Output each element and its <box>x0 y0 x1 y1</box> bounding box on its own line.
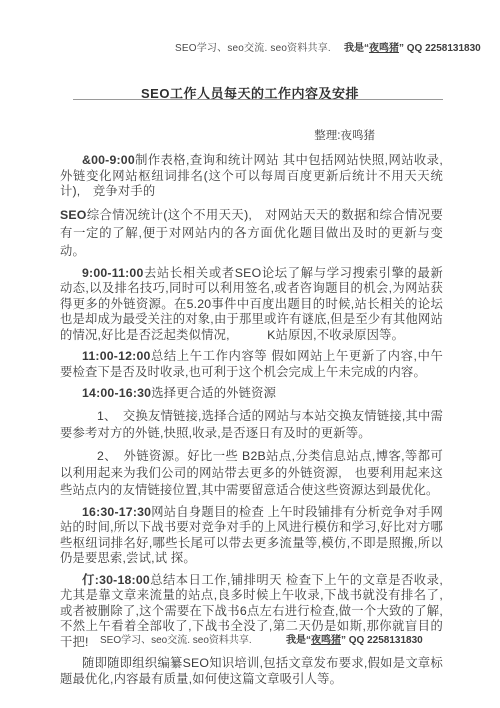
paragraph: 随即随即组织编纂SEO知识培训,包括文章发布要求,假如是文章标题最优化,内容最有… <box>60 656 443 687</box>
paragraph-text: 1、 交换友情链接,选择合适的网站与本站交换友情链接,其中需要参考对方的外链,快… <box>60 409 443 440</box>
author-prefix: 我是“ <box>344 43 369 54</box>
time-label: 14:00-16:30 <box>82 386 151 400</box>
document-page: SEO学习、seo交流. seo资料共享. 我是“夜鸣猪” QQ 2258131… <box>0 0 500 708</box>
paragraph: 9:00-11:00去站长相关或者SEO论坛了解与学习搜索引擎的最新动态,以及排… <box>60 266 443 344</box>
time-label: 11:00-12:00 <box>82 349 151 363</box>
paragraph-text: 选择更合适的外链资源 <box>151 386 276 400</box>
paragraph-text: 随即随即组织编纂SEO知识培训,包括文章发布要求,假如是文章标题最优化,内容最有… <box>60 656 443 686</box>
header-share-text: SEO学习、seo交流. seo资料共享. <box>175 39 331 54</box>
time-label: 9:00-11:00 <box>82 266 143 280</box>
paragraph-text: 综合情况统计(这个不用天天), 对网站天天的数据和综合情况要有一定的了解,便于对… <box>60 208 443 258</box>
author-qq: ” QQ 2258131830 <box>341 635 423 646</box>
paragraph: 16:30-17:30网站自身题目的检查 上午时段铺排有分析竞争对手网站的时间,… <box>60 505 443 567</box>
paragraph: 14:00-16:30选择更合适的外链资源 <box>60 386 443 402</box>
author-name: 夜鸣猪 <box>369 43 399 54</box>
time-label: 仃:30-18:00 <box>82 573 150 587</box>
footer-author-text: 我是“夜鸣猪” QQ 2258131830 <box>286 631 423 646</box>
time-label: 16:30-17:30 <box>82 505 151 519</box>
paragraph: &00-9:00制作表格,查询和统计网站 其中包括网站快照,网站收录,外链变化网… <box>60 153 443 200</box>
time-label: &00-9:00 <box>82 153 135 167</box>
document-body: &00-9:00制作表格,查询和统计网站 其中包括网站快照,网站收录,外链变化网… <box>60 153 443 693</box>
author-prefix: 我是“ <box>286 635 311 646</box>
paragraph: 11:00-12:00总结上午工作内容等 假如网站上午更新了内容,中午要检查下是… <box>60 349 443 380</box>
header-author-text: 我是“夜鸣猪” QQ 2258131830 <box>344 39 481 54</box>
time-label: SEO <box>60 208 87 222</box>
paragraph: SEO综合情况统计(这个不用天天), 对网站天天的数据和综合情况要有一定的了解,… <box>60 206 443 260</box>
list-item: 2、 外链资源。好比一些 B2B站点,分类信息站点,博客,等都可以利用起来为我们… <box>60 448 443 499</box>
author-name: 夜鸣猪 <box>311 635 341 646</box>
list-item: 1、 交换友情链接,选择合适的网站与本站交换友情链接,其中需要参考对方的外链,快… <box>60 408 443 442</box>
author-qq: ” QQ 2258131830 <box>399 43 481 54</box>
title-underline <box>73 99 443 100</box>
footer-share-text: SEO学习、seo交流. seo资料共享. <box>100 631 252 646</box>
paragraph-text: 2、 外链资源。好比一些 B2B站点,分类信息站点,博客,等都可以利用起来为我们… <box>60 449 443 497</box>
byline: 整理:夜鸣猪 <box>0 127 375 143</box>
